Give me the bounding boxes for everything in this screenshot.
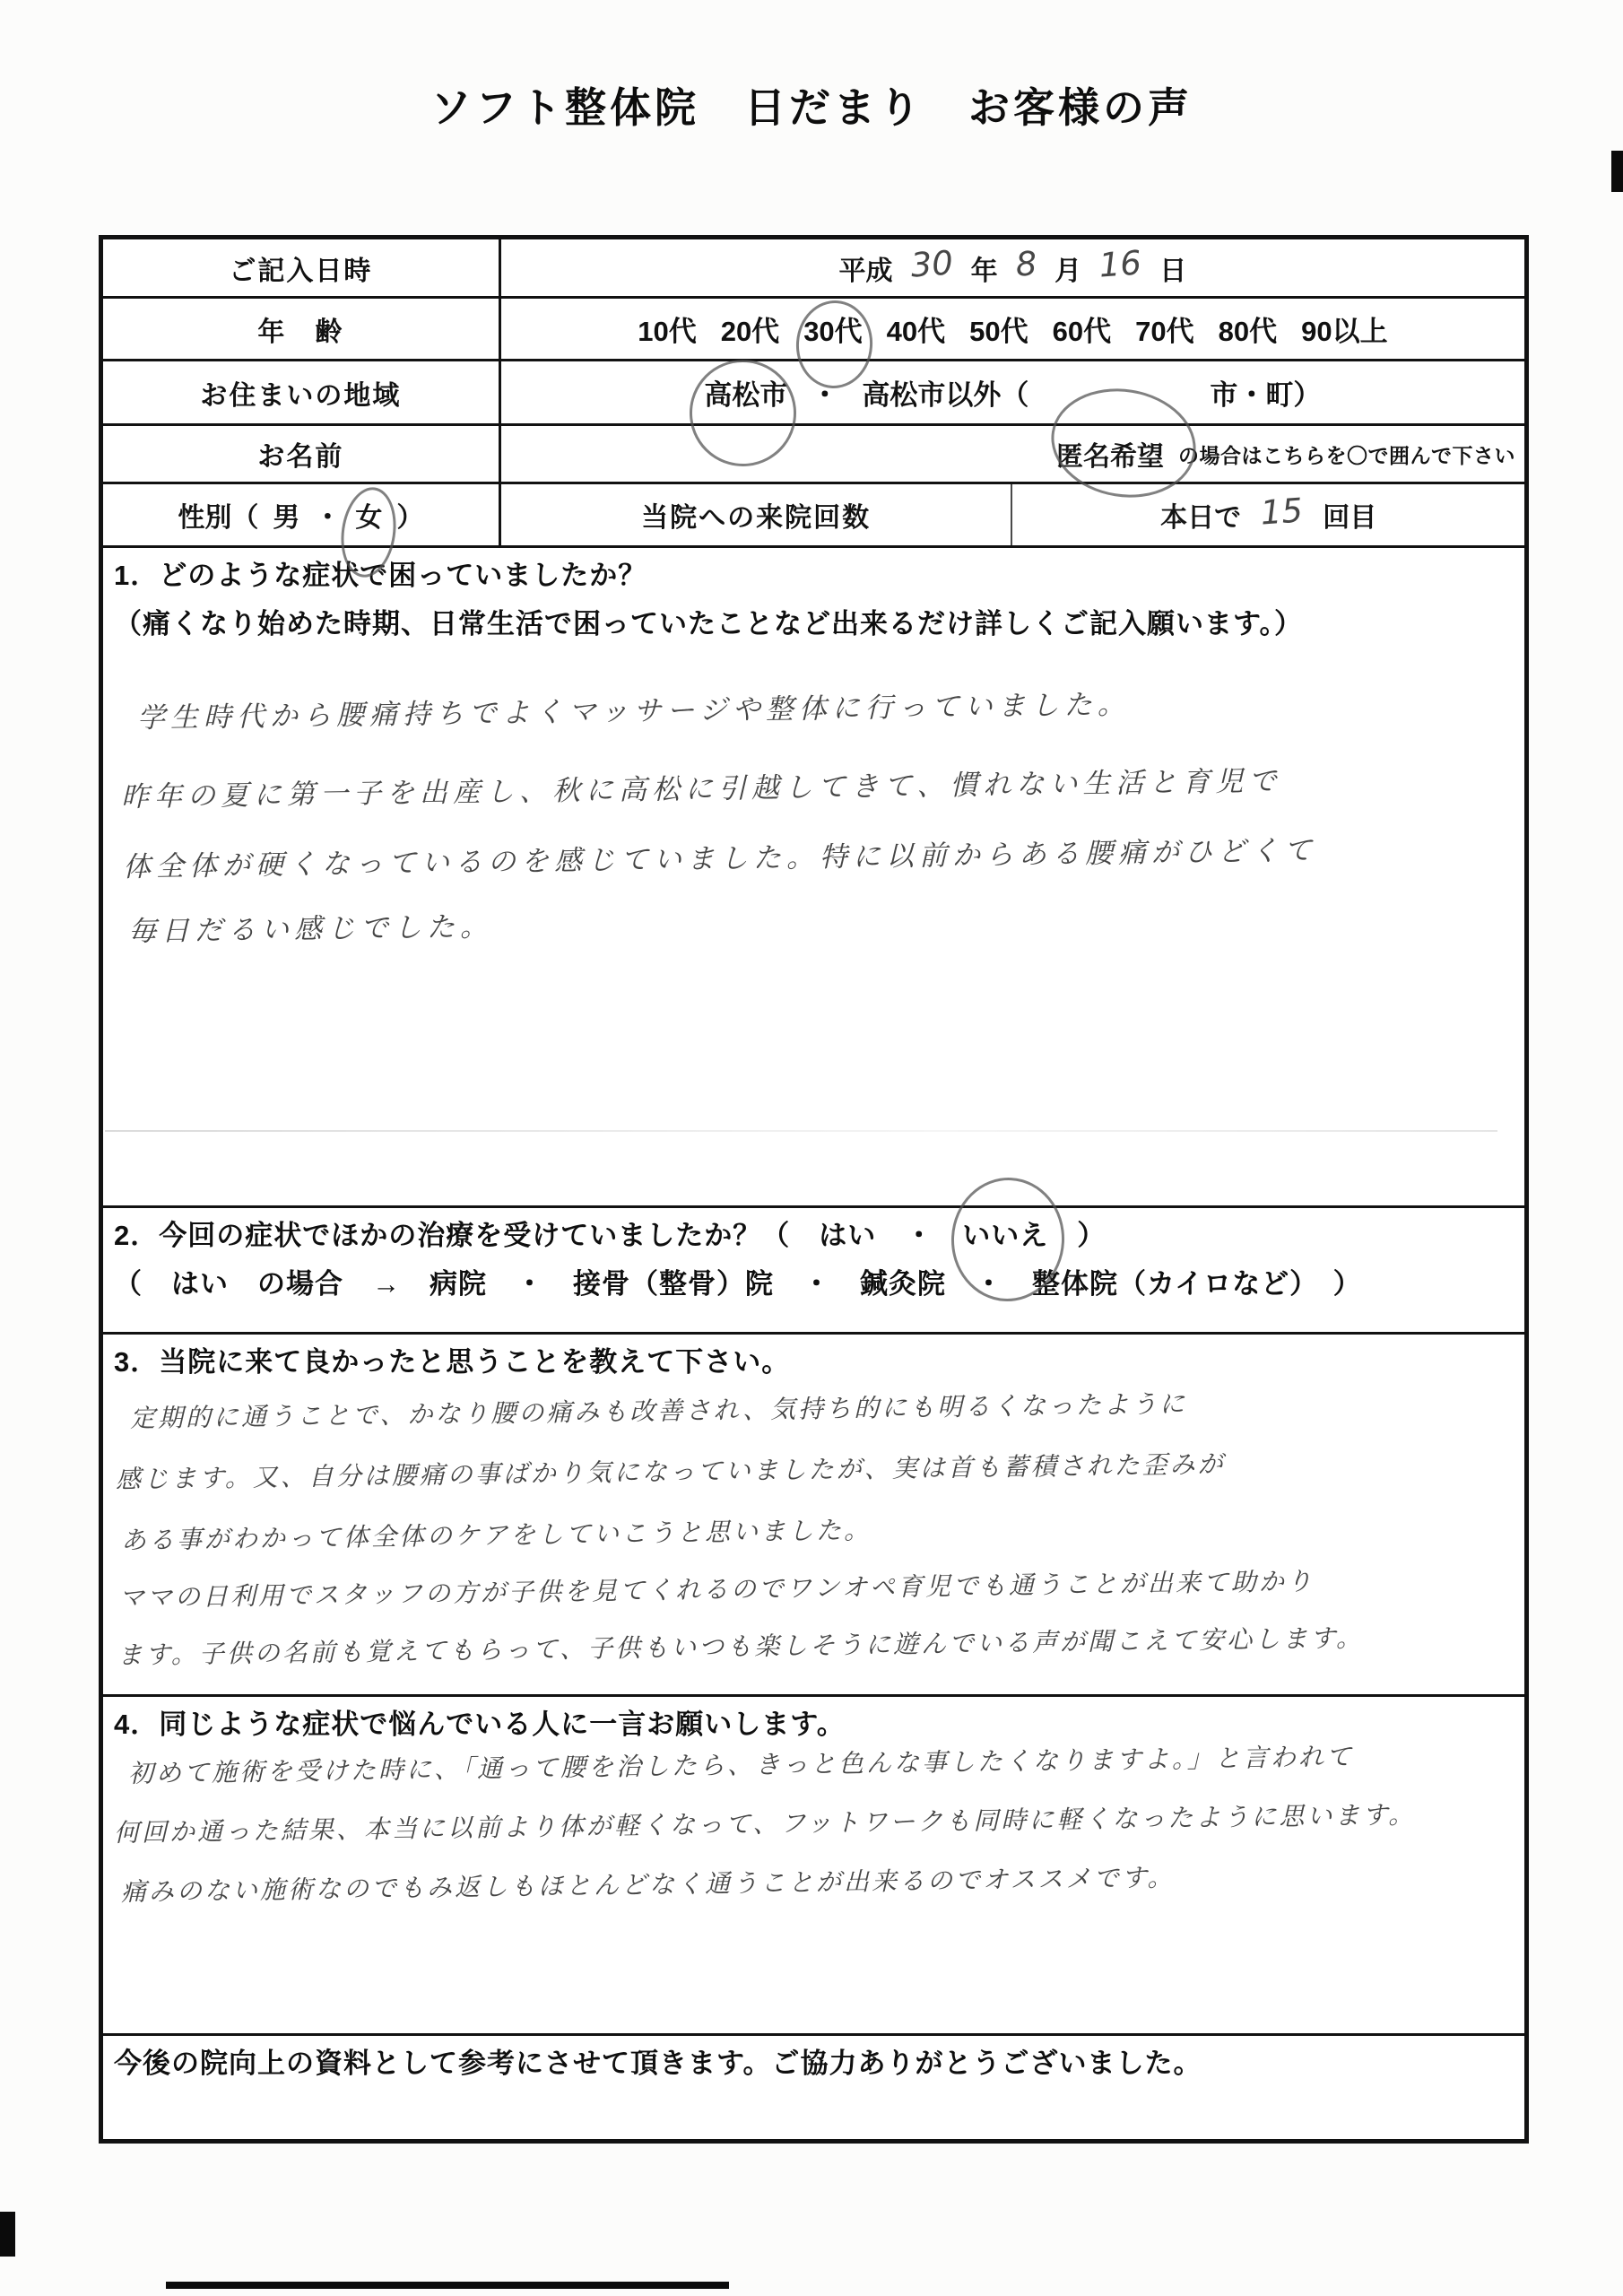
age-option-20s: 20代: [721, 309, 779, 349]
name-label: お名前: [103, 426, 501, 482]
q3-answer-line: ます。子供の名前も覚えてもらって、子供もいつも楽しそうに遊んでいる声が聞こえて安…: [117, 1619, 1364, 1672]
scan-fold-line: [105, 1130, 1497, 1132]
q3-answer-line: ある事がわかって体全体のケアをしていこうと思いました。: [121, 1510, 872, 1557]
q3-answer-line: 感じます。又、自分は腰痛の事ばかり気になっていましたが、実は首も蓄積された歪みが: [116, 1445, 1226, 1496]
row-age: 年 齢 10代 20代 30代 40代 50代 60代 70代 80代 90以上: [103, 299, 1524, 361]
age-label: 年 齢: [103, 299, 501, 359]
q1-answer-line: 昨年の夏に第一子を出産し、秋に高松に引越してきて、慣れない生活と育児で: [121, 758, 1282, 814]
gender-suffix: ）: [396, 495, 423, 535]
entry-date-value: 平成 30 年 8 月 16 日: [501, 239, 1524, 296]
year-handwritten: 30: [909, 243, 954, 284]
visits-suffix: 回目: [1323, 495, 1376, 535]
footer-row: 今後の院向上の資料として参考にさせて頂きます。ご協力ありがとうございました。: [103, 2036, 1524, 2139]
section-q4-message: 4．同じような症状で悩んでいる人に一言お願いします。 初めて施術を受けた時に、「…: [103, 1697, 1524, 2036]
scan-artifact-bottom-line: [166, 2282, 729, 2289]
q2-heading-suffix: ）: [1048, 1215, 1106, 1257]
age-option-70s: 70代: [1135, 309, 1193, 349]
scan-artifact-bottom-left: [0, 2212, 15, 2257]
q3-heading: 3．当院に来て良かったと思うことを教えて下さい。: [103, 1335, 1524, 1383]
q1-subheading: （痛くなり始めた時期、日常生活で困っていたことなど出来るだけ詳しくご記入願います…: [103, 596, 1524, 645]
area-option-outside: 高松市以外（: [862, 372, 1028, 413]
name-field: 匿名希望 の場合はこちらを〇で囲んで下さい: [501, 426, 1524, 482]
gender-field: 性別（ 男 ・ 女 ）: [103, 484, 501, 545]
area-separator-dot: ・: [811, 372, 838, 413]
anonymous-note: の場合はこちらを〇で囲んで下さい: [1178, 439, 1515, 469]
day-unit: 日: [1159, 248, 1186, 288]
age-options: 10代 20代 30代 40代 50代 60代 70代 80代 90以上: [501, 299, 1524, 359]
feedback-form-table: ご記入日時 平成 30 年 8 月 16 日 年 齢 10代 20代 30代 4…: [99, 235, 1529, 2144]
gender-separator-dot: ・: [314, 495, 341, 535]
q4-answer-line: 痛みのない施術なのでもみ返しもほとんどなく通うことが出来るのでオススメです。: [121, 1858, 1176, 1909]
age-option-10s: 10代: [638, 309, 696, 349]
age-option-40s: 40代: [887, 309, 945, 349]
area-option-takamatsu-selected: 高松市: [704, 372, 787, 413]
gender-option-male: 男: [273, 495, 299, 535]
q1-answer-line: 学生時代から腰痛持ちでよくマッサージや整体に行っていました。: [137, 682, 1131, 735]
area-label: お住まいの地域: [103, 361, 501, 423]
month-handwritten: 8: [1014, 244, 1037, 284]
visits-prefix: 本日で: [1160, 495, 1241, 535]
footer-thanks-text: 今後の院向上の資料として参考にさせて頂きます。ご協力ありがとうございました。: [103, 2036, 1524, 2084]
age-option-60s: 60代: [1053, 309, 1111, 349]
row-residence-area: お住まいの地域 高松市 ・ 高松市以外（ 市・町）: [103, 361, 1524, 426]
q3-answer-line: 定期的に通うことで、かなり腰の痛みも改善され、気持ち的にも明るくなったように: [130, 1385, 1188, 1435]
day-handwritten: 16: [1098, 243, 1142, 284]
q2-options-line: （ はい の場合 → 病院 ・ 接骨（整骨）院 ・ 鍼灸院 ・ 整体院（カイロな…: [103, 1257, 1524, 1305]
age-option-90plus: 90以上: [1301, 309, 1387, 349]
q2-heading-prefix: 2．今回の症状でほかの治療を受けていましたか？（ はい ・: [114, 1215, 962, 1257]
entry-date-label: ご記入日時: [103, 239, 501, 296]
q2-heading: 2．今回の症状でほかの治療を受けていましたか？（ はい ・ いいえ ）: [103, 1208, 1524, 1257]
q3-answer-line: ママの日利用でスタッフの方が子供を見てくれるのでワンオペ育児でも通うことが出来て…: [119, 1561, 1315, 1614]
era-label: 平成: [839, 248, 893, 288]
age-option-50s: 50代: [969, 309, 1028, 349]
age-option-30s-selected: 30代: [803, 309, 862, 349]
row-entry-date: ご記入日時 平成 30 年 8 月 16 日: [103, 239, 1524, 299]
anonymous-option-selected: 匿名希望: [1056, 434, 1164, 474]
gender-option-female-selected: 女: [355, 495, 382, 535]
age-option-80s: 80代: [1219, 309, 1277, 349]
section-q1-symptoms: 1．どのような症状で困っていましたか？ （痛くなり始めた時期、日常生活で困ってい…: [103, 548, 1524, 1208]
section-q3-good-points: 3．当院に来て良かったと思うことを教えて下さい。 定期的に通うことで、かなり腰の…: [103, 1335, 1524, 1697]
month-unit: 月: [1055, 248, 1081, 288]
section-q2-other-treatment: 2．今回の症状でほかの治療を受けていましたか？（ はい ・ いいえ ） （ はい…: [103, 1208, 1524, 1335]
q4-answer-line: 何回か通った結果、本当に以前より体が軽くなって、フットワークも同時に軽くなったよ…: [114, 1796, 1417, 1849]
q2-option-no-selected: いいえ: [962, 1215, 1048, 1257]
row-gender-visits: 性別（ 男 ・ 女 ） 当院への来院回数 本日で 15 回目: [103, 484, 1524, 548]
visits-count-handwritten: 15: [1259, 491, 1304, 532]
visits-value: 本日で 15 回目: [1012, 484, 1524, 545]
row-name: お名前 匿名希望 の場合はこちらを〇で囲んで下さい: [103, 426, 1524, 484]
scan-artifact-right-edge: [1611, 151, 1623, 192]
page-title: ソフト整体院 日だまり お客様の声: [0, 75, 1623, 135]
gender-prefix: 性別（: [178, 495, 258, 535]
q1-answer-line: 体全体が硬くなっているのを感じていました。特に以前からある腰痛がひどくて: [123, 827, 1317, 884]
area-options: 高松市 ・ 高松市以外（ 市・町）: [501, 361, 1524, 423]
q1-heading: 1．どのような症状で困っていましたか？: [103, 548, 1524, 596]
q1-answer-line: 毎日だるい感じでした。: [128, 903, 494, 949]
year-unit: 年: [971, 248, 998, 288]
area-suffix: 市・町）: [1210, 372, 1321, 413]
visits-label: 当院への来院回数: [501, 484, 1013, 545]
